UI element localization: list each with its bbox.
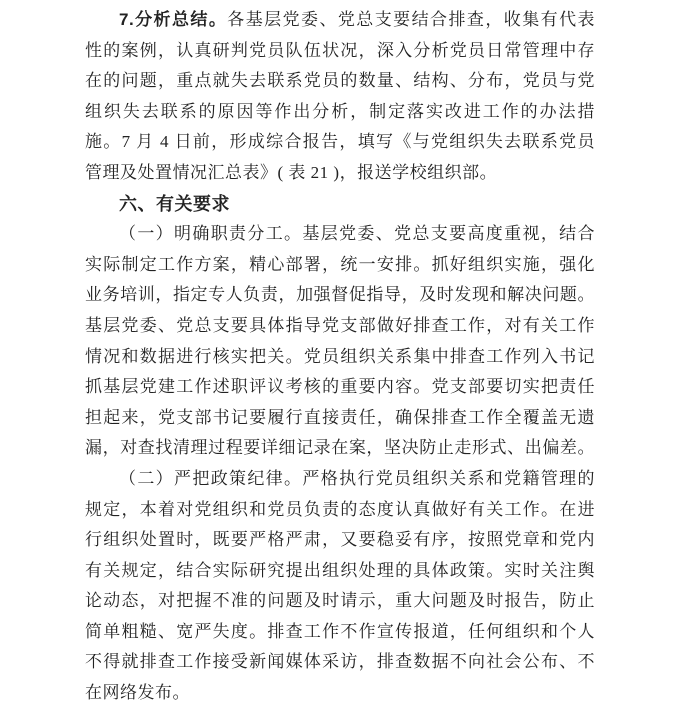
paragraph-line: 实际制定工作方案，精心部署，统一安排。抓好组织实施，强化 (85, 250, 595, 281)
paragraph-line: 业务培训，指定专人负责，加强督促指导，及时发现和解决问题。 (85, 280, 595, 311)
bold-text-run: 7.分析总结。 (119, 10, 227, 29)
paragraph-line: 漏，对查找清理过程要详细记录在案，坚决防止走形式、出偏差。 (85, 433, 595, 464)
text-run: 担起来，党支部书记要履行直接责任，确保排查工作全覆盖无遗 (85, 408, 595, 427)
paragraph-line: 在网络发布。 (85, 678, 595, 709)
paragraph-line: 基层党委、党总支要具体指导党支部做好排查工作，对有关工作 (85, 311, 595, 342)
text-run: 性的案例，认真研判党员队伍状况，深入分析党员日常管理中存 (85, 41, 595, 60)
paragraph-line: 7.分析总结。各基层党委、党总支要结合排查，收集有代表 (85, 5, 595, 36)
paragraph-line: 组织失去联系的原因等作出分析，制定落实改进工作的办法措 (85, 97, 595, 128)
paragraph-line: 规定，本着对党组织和党员负责的态度认真做好有关工作。在进 (85, 495, 595, 526)
text-run: 情况和数据进行核实把关。党员组织关系集中排查工作列入书记 (85, 347, 595, 366)
text-run: 规定，本着对党组织和党员负责的态度认真做好有关工作。在进 (85, 500, 595, 519)
paragraph-line: 抓基层党建工作述职评议考核的重要内容。党支部要切实把责任 (85, 372, 595, 403)
paragraph-line: 行组织处置时，既要严格严肃，又要稳妥有序，按照党章和党内 (85, 525, 595, 556)
paragraph-line: 简单粗糙、宽严失度。排查工作不作宣传报道，任何组织和个人 (85, 617, 595, 648)
text-run: 不得就排查工作接受新闻媒体采访，排查数据不向社会公布、不 (85, 652, 595, 671)
paragraph-line: 性的案例，认真研判党员队伍状况，深入分析党员日常管理中存 (85, 36, 595, 67)
text-run: 组织失去联系的原因等作出分析，制定落实改进工作的办法措 (85, 102, 595, 121)
bold-text-run: 六、有关要求 (119, 194, 230, 214)
text-run: （二）严把政策纪律。严格执行党员组织关系和党籍管理的 (119, 469, 595, 488)
text-run: 行组织处置时，既要严格严肃，又要稳妥有序，按照党章和党内 (85, 530, 595, 549)
text-run: 各基层党委、党总支要结合排查，收集有代表 (227, 10, 595, 29)
section-heading: 六、有关要求 (85, 189, 595, 220)
paragraph-line: 施。7 月 4 日前，形成综合报告，填写《与党组织失去联系党员 (85, 127, 595, 158)
text-run: 抓基层党建工作述职评议考核的重要内容。党支部要切实把责任 (85, 377, 595, 396)
text-run: 论动态，对把握不准的问题及时请示，重大问题及时报告，防止 (85, 591, 595, 610)
paragraph-line: 情况和数据进行核实把关。党员组织关系集中排查工作列入书记 (85, 342, 595, 373)
paragraph-line: （一）明确职责分工。基层党委、党总支要高度重视，结合 (85, 219, 595, 250)
paragraph-line: 在的问题，重点就失去联系党员的数量、结构、分布，党员与党 (85, 66, 595, 97)
paragraph-line: 论动态，对把握不准的问题及时请示，重大问题及时报告，防止 (85, 586, 595, 617)
text-run: （一）明确职责分工。基层党委、党总支要高度重视，结合 (119, 224, 595, 243)
paragraph-line: 担起来，党支部书记要履行直接责任，确保排查工作全覆盖无遗 (85, 403, 595, 434)
paragraph-line: 有关规定，结合实际研究提出组织处理的具体政策。实时关注舆 (85, 556, 595, 587)
text-run: 施。7 月 4 日前，形成综合报告，填写《与党组织失去联系党员 (85, 132, 595, 151)
text-run: 漏，对查找清理过程要详细记录在案，坚决防止走形式、出偏差。 (85, 438, 595, 457)
paragraph-line: （二）严把政策纪律。严格执行党员组织关系和党籍管理的 (85, 464, 595, 495)
text-run: 实际制定工作方案，精心部署，统一安排。抓好组织实施，强化 (85, 255, 595, 274)
paragraph-line: 管理及处置情况汇总表》( 表 21 )，报送学校组织部。 (85, 158, 595, 189)
text-run: 在网络发布。 (85, 683, 190, 702)
text-run: 有关规定，结合实际研究提出组织处理的具体政策。实时关注舆 (85, 561, 595, 580)
text-run: 管理及处置情况汇总表》( 表 21 )，报送学校组织部。 (85, 163, 497, 182)
text-run: 基层党委、党总支要具体指导党支部做好排查工作，对有关工作 (85, 316, 595, 335)
document-page: 7.分析总结。各基层党委、党总支要结合排查，收集有代表性的案例，认真研判党员队伍… (0, 0, 674, 720)
paragraph-line: 不得就排查工作接受新闻媒体采访，排查数据不向社会公布、不 (85, 647, 595, 678)
text-run: 在的问题，重点就失去联系党员的数量、结构、分布，党员与党 (85, 71, 595, 90)
text-run: 业务培训，指定专人负责，加强督促指导，及时发现和解决问题。 (85, 285, 595, 304)
text-run: 简单粗糙、宽严失度。排查工作不作宣传报道，任何组织和个人 (85, 622, 595, 641)
document-body: 7.分析总结。各基层党委、党总支要结合排查，收集有代表性的案例，认真研判党员队伍… (85, 5, 595, 709)
